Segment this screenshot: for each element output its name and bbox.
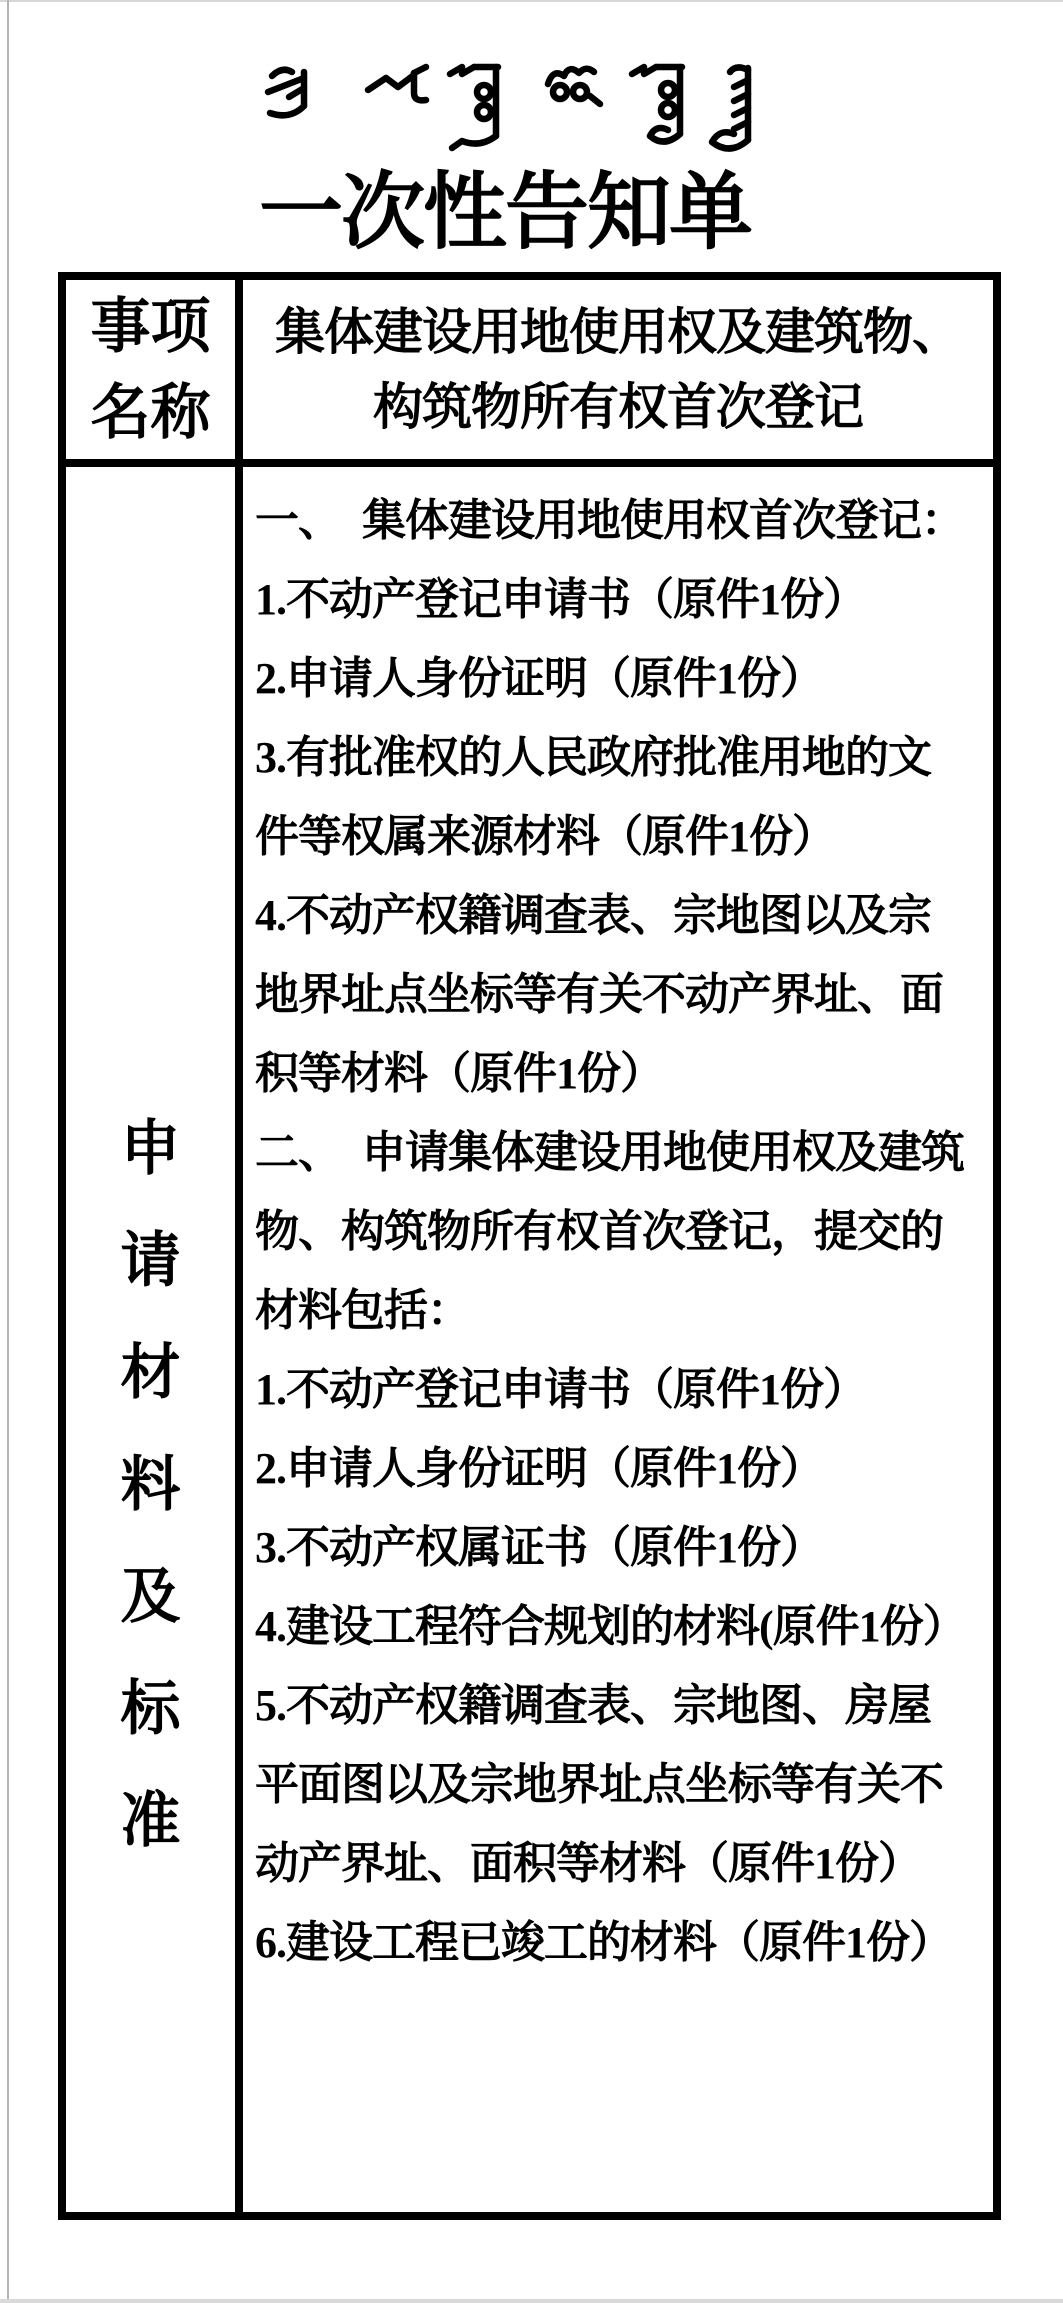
mongolian-script-icon (260, 62, 758, 156)
item-name-value-cell: 集体建设用地使用权及建筑物、构筑物所有权首次登记 (243, 280, 993, 459)
materials-text-line: 二、 申请集体建设用地使用权及建筑 (255, 1113, 993, 1192)
page-edge-left (7, 0, 9, 2303)
item-name-value-line: 集体建设用地使用权及建筑物、 (275, 295, 961, 370)
materials-text-line: 动产界址、面积等材料（原件1份） (255, 1824, 993, 1903)
materials-label-char: 申 (66, 1093, 235, 1205)
materials-text-line: 平面图以及宗地界址点坐标等有关不 (255, 1745, 993, 1824)
materials-text-line: 6.建设工程已竣工的材料（原件1份） (255, 1903, 993, 1982)
materials-text-line: 件等权属来源材料（原件1份） (255, 797, 993, 876)
materials-text-line: 积等材料（原件1份） (255, 1034, 993, 1113)
materials-row: 申请材料及标准 一、 集体建设用地使用权首次登记：1.不动产登记申请书（原件1份… (66, 467, 993, 2212)
item-name-label-line: 事项 (91, 284, 211, 370)
materials-label-cell: 申请材料及标准 (66, 467, 243, 2212)
materials-text-line: 材料包括： (255, 1271, 993, 1350)
materials-label-char: 料 (66, 1429, 235, 1541)
notice-page: 一次性告知单 事项名称 集体建设用地使用权及建筑物、构筑物所有权首次登记 申请材… (0, 0, 1063, 2303)
materials-text-line: 2.申请人身份证明（原件1份） (255, 639, 993, 718)
materials-text-line: 2.申请人身份证明（原件1份） (255, 1429, 993, 1508)
item-name-value-line: 构筑物所有权首次登记 (373, 370, 863, 445)
page-edge-top (0, 0, 1063, 2)
materials-text-line: 1.不动产登记申请书（原件1份） (255, 1350, 993, 1429)
materials-text-line: 3.不动产权属证书（原件1份） (255, 1508, 993, 1587)
materials-text-line: 4.建设工程符合规划的材料(原件1份） (255, 1587, 993, 1666)
item-name-label-cell: 事项名称 (66, 280, 243, 459)
materials-label-char: 材 (66, 1317, 235, 1429)
item-name-label-line: 名称 (91, 370, 211, 456)
materials-label-char: 准 (66, 1765, 235, 1877)
materials-label-char: 标 (66, 1653, 235, 1765)
materials-label-char: 请 (66, 1205, 235, 1317)
materials-content-cell: 一、 集体建设用地使用权首次登记：1.不动产登记申请书（原件1份）2.申请人身份… (243, 467, 993, 2212)
notice-table: 事项名称 集体建设用地使用权及建筑物、构筑物所有权首次登记 申请材料及标准 一、… (58, 272, 1001, 2220)
page-title: 一次性告知单 (0, 170, 1010, 258)
item-name-row: 事项名称 集体建设用地使用权及建筑物、构筑物所有权首次登记 (66, 280, 993, 467)
materials-text-line: 一、 集体建设用地使用权首次登记： (255, 481, 993, 560)
materials-text-line: 5.不动产权籍调查表、宗地图、房屋 (255, 1666, 993, 1745)
materials-text-line: 物、构筑物所有权首次登记，提交的 (255, 1192, 993, 1271)
page-edge-bottom (0, 2299, 1063, 2303)
materials-text-line: 3.有批准权的人民政府批准用地的文 (255, 718, 993, 797)
materials-label-char: 及 (66, 1541, 235, 1653)
materials-text-line: 地界址点坐标等有关不动产界址、面 (255, 955, 993, 1034)
materials-text-line: 1.不动产登记申请书（原件1份） (255, 560, 993, 639)
materials-text-line: 4.不动产权籍调查表、宗地图以及宗 (255, 876, 993, 955)
